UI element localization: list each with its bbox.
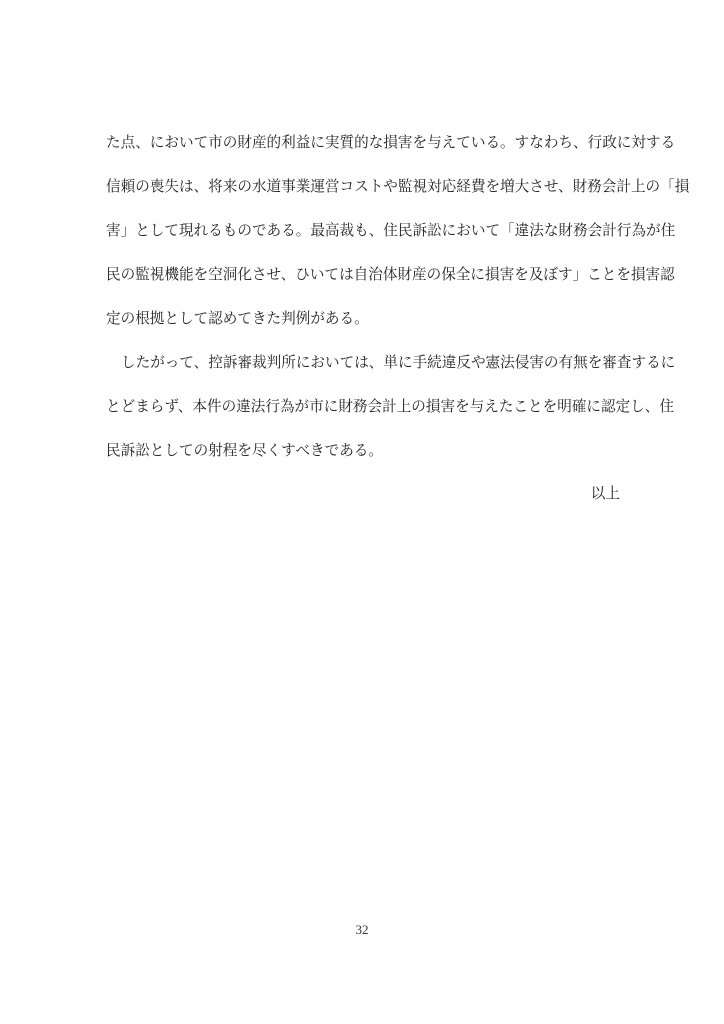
paragraph-1-line-5: 定の根拠として認めてきた判例がある。 bbox=[106, 310, 620, 328]
paragraph-1-line-4: 民の監視機能を空洞化させ、ひいては自治体財産の保全に損害を及ぼす」ことを損害認 bbox=[106, 266, 620, 284]
closing-remark: 以上 bbox=[591, 485, 620, 503]
paragraph-2-line-2: とどまらず、本件の違法行為が市に財務会計上の損害を与えたことを明確に認定し、住 bbox=[106, 398, 620, 416]
paragraph-1-line-1: た点、において市の財産的利益に実質的な損害を与えている。すなわち、行政に対する bbox=[106, 134, 620, 152]
paragraph-1-line-3: 害」として現れるものである。最高裁も、住民訴訟において「違法な財務会計行為が住 bbox=[106, 222, 620, 240]
paragraph-1-line-2: 信頼の喪失は、将来の水道事業運営コストや監視対応経費を増大させ、財務会計上の「損 bbox=[106, 178, 620, 196]
paragraph-2-line-3: 民訴訟としての射程を尽くすべきである。 bbox=[106, 442, 620, 460]
paragraph-2-line-1: したがって、控訴審裁判所においては、単に手続違反や憲法侵害の有無を審査するに bbox=[121, 354, 620, 372]
page-number: 32 bbox=[0, 922, 724, 938]
document-page: た点、において市の財産的利益に実質的な損害を与えている。すなわち、行政に対する … bbox=[0, 0, 724, 1024]
